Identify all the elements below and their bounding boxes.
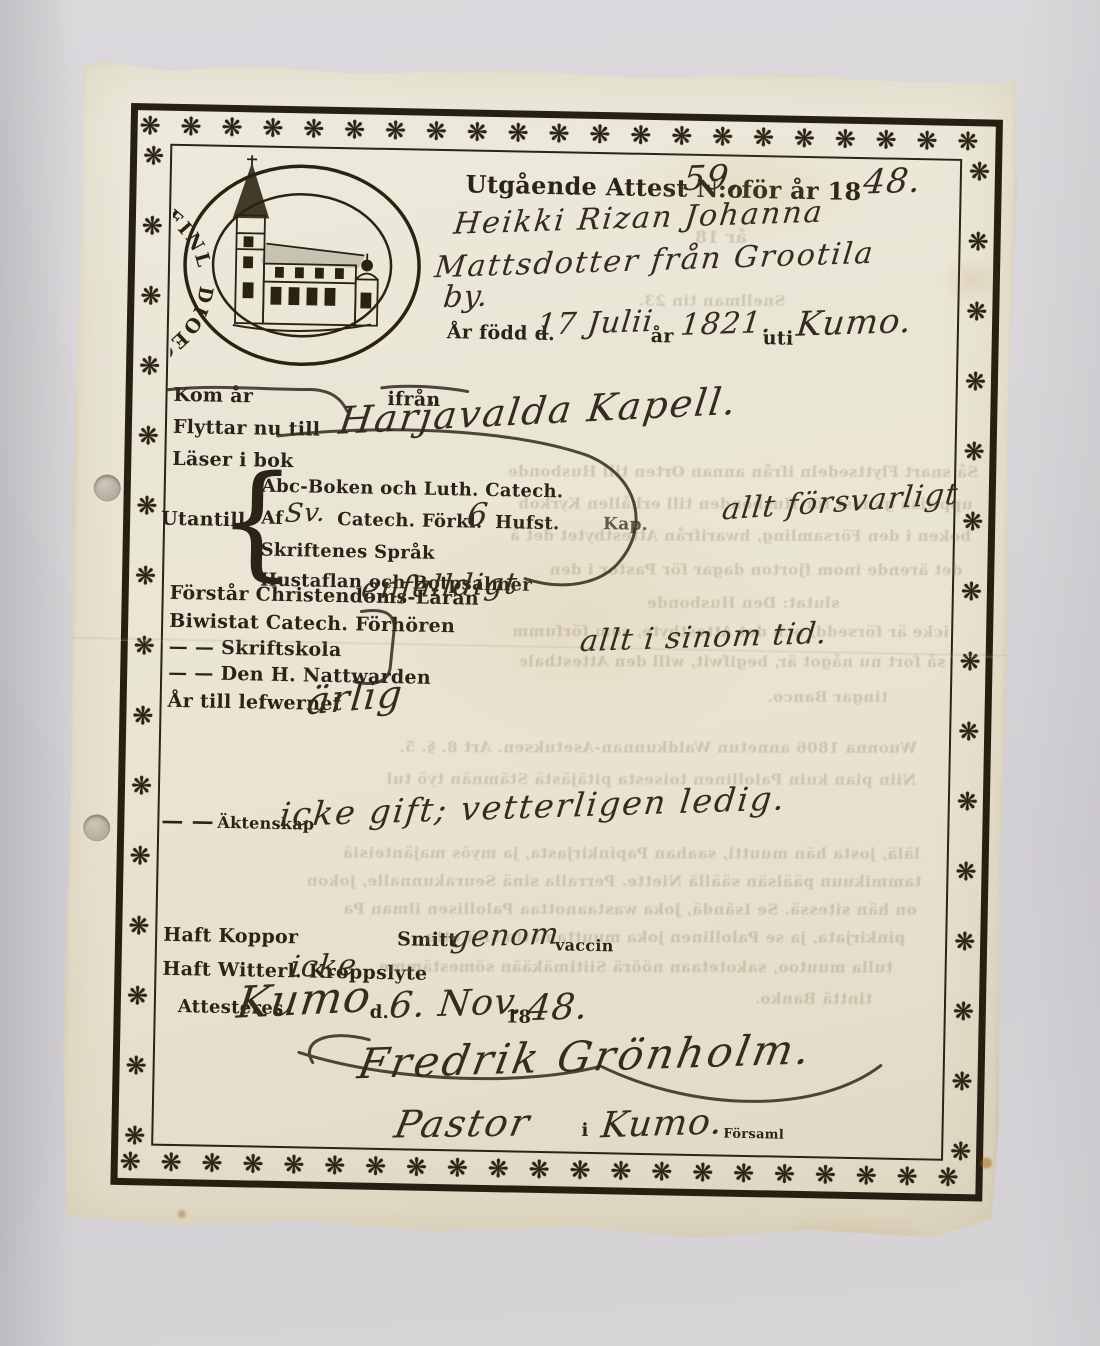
label-flyttar-nu-till: Flyttar nu till: [173, 416, 321, 441]
utantill-sv-handwritten: Sv.: [284, 498, 328, 529]
label-skriftskola: — — Skriftskola: [169, 636, 342, 661]
bleedthrough-line: det ärende inom fjorton dagar för Pastor…: [522, 560, 962, 579]
label-born-year: år: [651, 325, 674, 347]
bleedthrough-line: Så snart Flyttsedeln ifrån annan Orten t…: [508, 462, 978, 481]
bleedthrough-line: boken i den Församling, hwarifrån Attest…: [511, 526, 971, 545]
stain: [757, 1211, 938, 1254]
forstar-value-handwritten: enfalldigt: [360, 566, 520, 606]
birth-place-handwritten: Kumo.: [795, 301, 915, 345]
attest-year-handwritten: 48.: [861, 161, 923, 203]
marriage-dashes: — —: [161, 808, 214, 835]
utantill-item-catech-forkl: Catech. Förkl.: [337, 509, 483, 533]
attest-year-handwritten2: 48.: [525, 986, 590, 1029]
church-illustration: [232, 155, 380, 333]
bleedthrough-line: pinkirjata, ja se Palollinen joka muutta…: [295, 928, 905, 947]
label-d: d.: [370, 1002, 390, 1023]
label-i: i: [581, 1120, 589, 1141]
attest-date-handwritten: 6. Nov.: [387, 981, 526, 1026]
bleedthrough-line: Wuonna 1806 annetun Waldkunnan-Asetuksen…: [317, 738, 917, 757]
certificate-paper: år 18 Snellman tin 23. Så snart Flyttsed…: [58, 58, 1020, 1248]
holder-name-line3: by.: [441, 279, 490, 315]
bleedthrough-line: tammikuun päälsän säällä Niette. Perrall…: [289, 872, 921, 891]
bleedthrough-line: tinttä Banko.: [702, 990, 872, 1008]
attest-place-handwritten: Kumo: [234, 971, 374, 1028]
label-kom-ar: Kom år: [173, 384, 253, 408]
bleedthrough-line: lälä, josta hän muutti, saahan Papinkirj…: [295, 844, 920, 863]
lefwernet-value-handwritten: ärlig: [305, 672, 405, 724]
bleedthrough-line: on hän sitessä. Se Isändä, joka wastaano…: [292, 900, 917, 919]
bleedthrough-line: slutat: Den Husbonde: [540, 594, 840, 613]
attest-number-handwritten: 59,: [681, 157, 743, 199]
signature-place-handwritten: Kumo.: [599, 1101, 725, 1146]
birth-year-handwritten: 1821.: [679, 305, 774, 343]
punch-hole-bottom: [83, 814, 111, 842]
diocese-seal: DIOECESIS ABOENSIS. MAGNI PRINC: FINL.: [170, 152, 434, 383]
smitt-genom-handwritten: genom: [449, 917, 561, 955]
label-forsaml: Församl: [723, 1127, 784, 1143]
label-haft-koppor: Haft Koppor: [163, 924, 299, 949]
bleedthrough-line: tingar Banco.: [708, 688, 888, 706]
signature-title-handwritten: Pastor: [391, 1101, 535, 1147]
utantill-hufst-count-handwritten: 6: [465, 495, 491, 534]
rust-spot: [178, 1210, 186, 1218]
punch-hole-top: [93, 474, 121, 502]
birth-day-handwritten: 17 Julii: [535, 304, 655, 343]
bleedthrough-line: tulla muutoo, sakotetaan nöörä Siitimäkä…: [293, 957, 893, 976]
